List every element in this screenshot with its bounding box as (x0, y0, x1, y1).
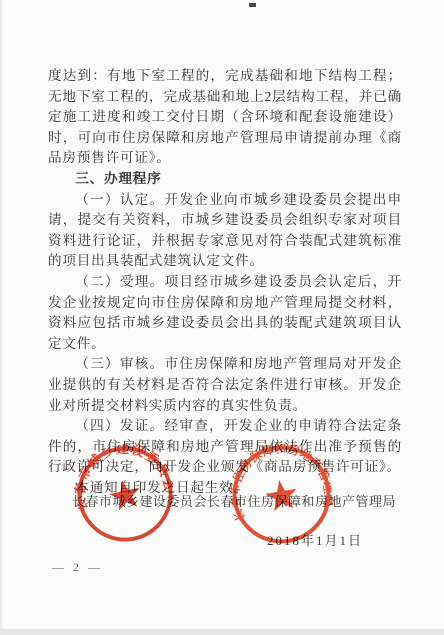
scanned-document-page: 度达到：有地下室工程的，完成基础和地下结构工程；无地下室工程的，完成基础和地上2… (0, 0, 444, 635)
paragraph-procedure-2: （二）受理。项目经市城乡建设委员会认定后，开发企业按规定向市住房保障和房地产管理… (48, 272, 402, 354)
seal-left-star-icon (107, 477, 143, 512)
scan-edge-bottom (0, 629, 444, 635)
scan-edge-left (0, 0, 3, 635)
page-number: — 2 — (52, 560, 103, 575)
document-body: 度达到：有地下室工程的，完成基础和地下结构工程；无地下室工程的，完成基础和地上2… (48, 66, 402, 498)
section-heading: 三、办理程序 (48, 169, 402, 190)
official-seal-left: 长春市城乡建设委员会 (67, 436, 183, 552)
seal-right-star-icon (264, 478, 300, 513)
official-seal-right: 长春市住房保障和房地产管理局 (224, 437, 340, 553)
scan-artifact (249, 3, 256, 7)
paragraph-continuation: 度达到：有地下室工程的，完成基础和地下结构工程；无地下室工程的，完成基础和地上2… (48, 66, 402, 169)
paragraph-procedure-1: （一）认定。开发企业向市城乡建设委员会提出申请，提交有关资料，市城乡建设委员会组… (48, 190, 402, 272)
paragraph-procedure-3: （三）审核。市住房保障和房地产管理局对开发企业提供的有关材料是否符合法定条件进行… (48, 354, 402, 416)
seal-right-text: 长春市住房保障和房地产管理局 (224, 437, 338, 524)
